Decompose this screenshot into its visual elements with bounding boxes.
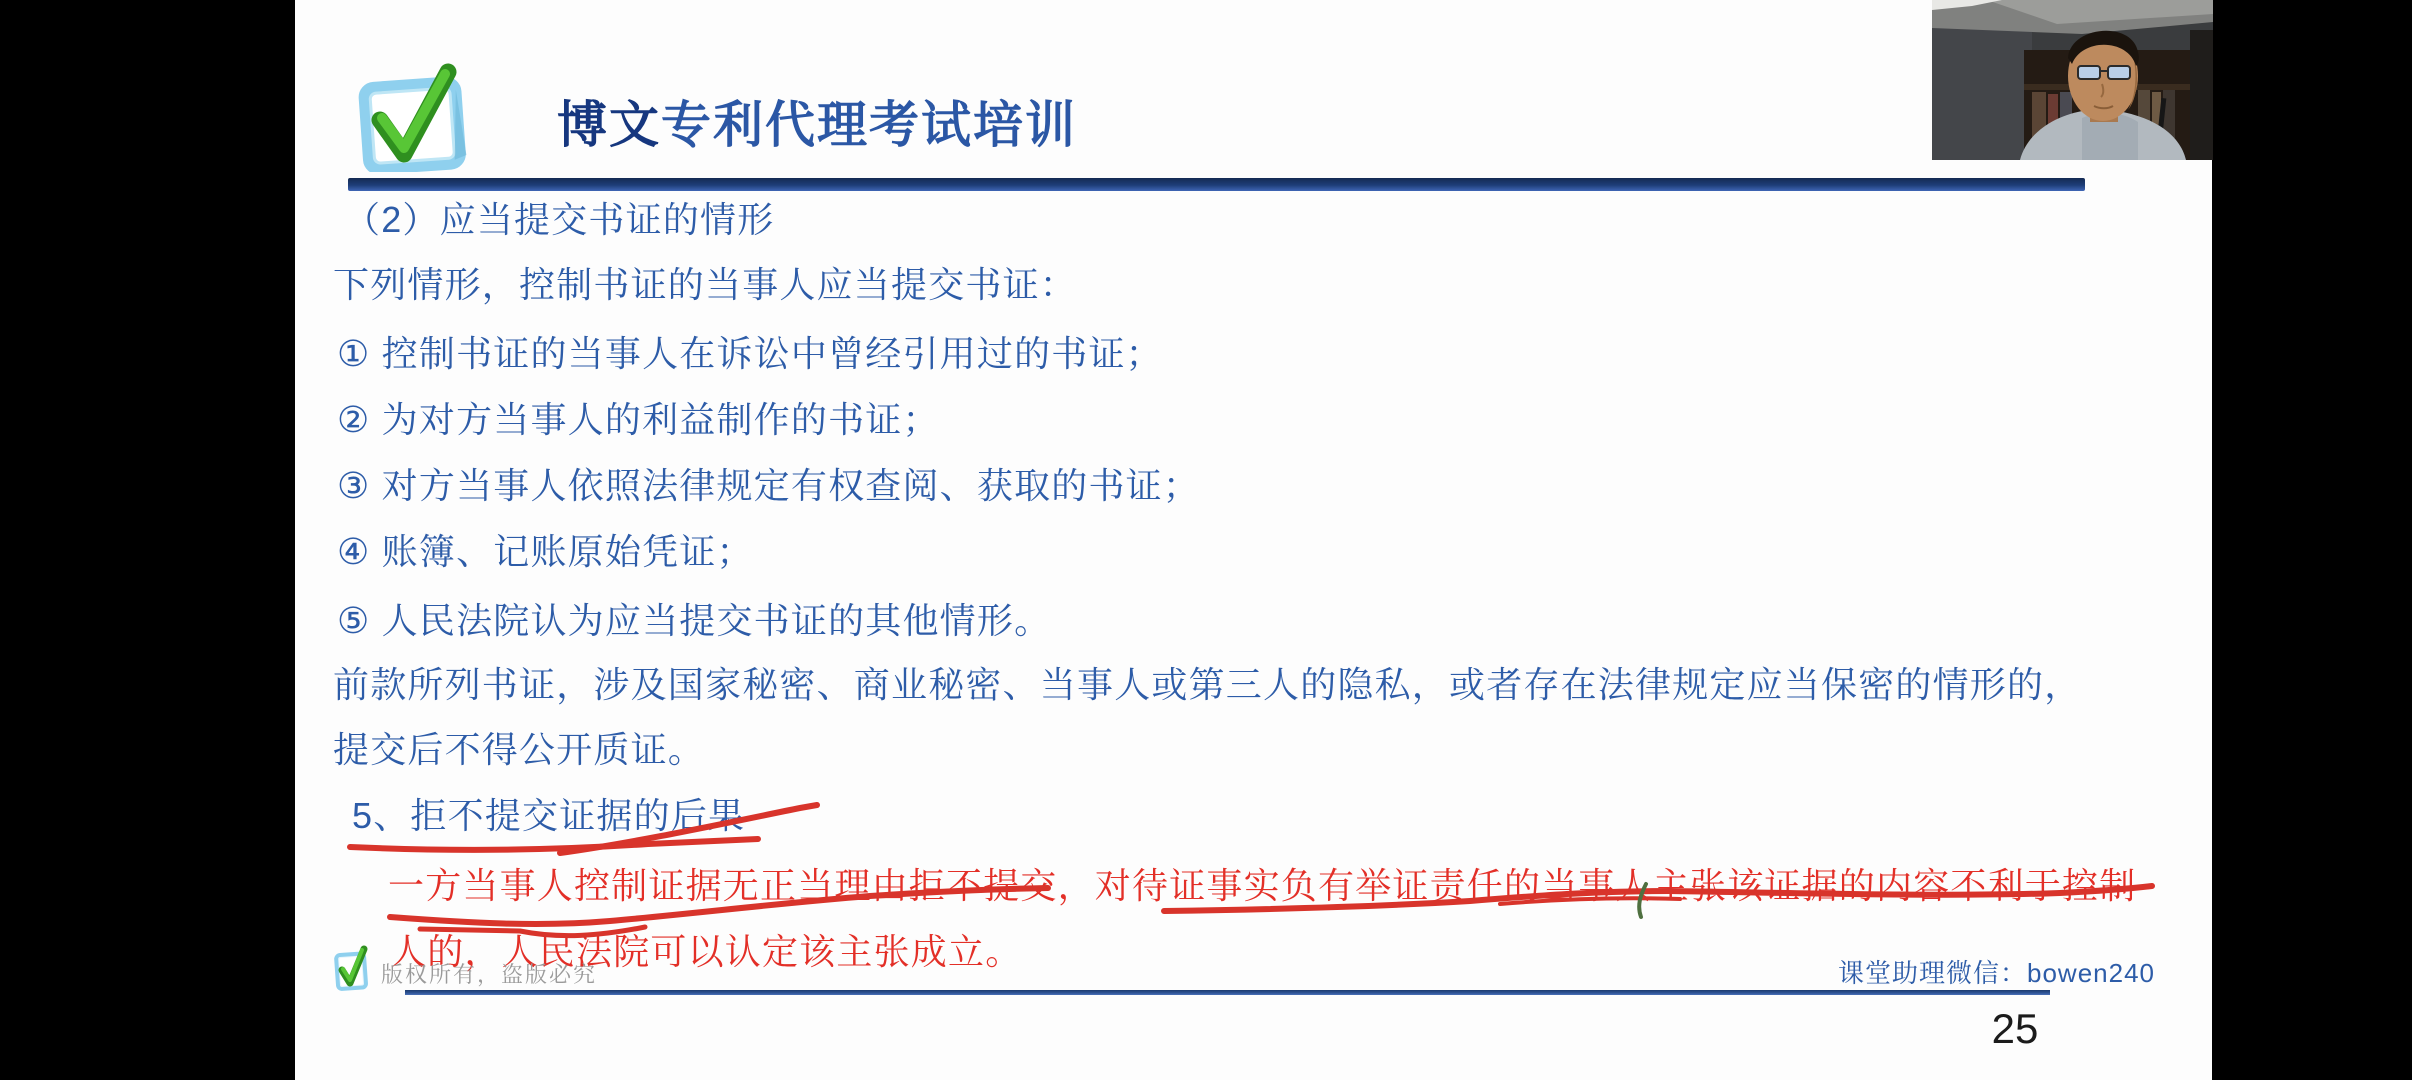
letterbox-left — [0, 0, 295, 1080]
header-divider-rule — [348, 178, 2085, 191]
letterbox-right — [2212, 0, 2412, 1080]
brand-title-bold: 博文 — [557, 97, 661, 153]
checkbox-checkmark-icon — [352, 62, 522, 172]
page-number: 25 — [1970, 1005, 2060, 1053]
instructor-webcam-video[interactable] — [1932, 0, 2213, 160]
red-emphasis-line: 一方当事人控制证据无正当理由拒不提交，对待证事实负有举证责任的当事人主张该证据的… — [388, 862, 2136, 910]
presentation-slide: 博文专利代理考试培训 （2）应当提交书证的情形 下列情形，控制书证的当事人应当提… — [295, 0, 2212, 1080]
slide-list-item-2: ② 为对方当事人的利益制作的书证； — [337, 396, 940, 444]
webcam-scene — [1932, 0, 2213, 160]
copyright-text: 版权所有，盗版必究 — [381, 958, 597, 989]
slide-text-line: 下列情形，控制书证的当事人应当提交书证： — [333, 261, 1077, 309]
assistant-wechat-text: 课堂助理微信：bowen240 — [1838, 953, 2155, 990]
slide-heading-5: 5、拒不提交证据的后果 — [352, 792, 745, 840]
slide-text-line: 前款所列书证，涉及国家秘密、商业秘密、当事人或第三人的隐私，或者存在法律规定应当… — [333, 661, 2081, 709]
checkbox-checkmark-icon-small — [333, 944, 379, 992]
brand-title-rest: 专利代理考试培训 — [661, 97, 1077, 153]
video-frame: 博文专利代理考试培训 （2）应当提交书证的情形 下列情形，控制书证的当事人应当提… — [0, 0, 2412, 1080]
footer-divider-rule — [405, 990, 2050, 995]
slide-list-item-5: ⑤ 人民法院认为应当提交书证的其他情形。 — [337, 597, 1051, 645]
slide-heading-2: （2）应当提交书证的情形 — [344, 196, 774, 244]
brand-title: 博文专利代理考试培训 — [557, 94, 1077, 156]
slide-list-item-1: ① 控制书证的当事人在诉讼中曾经引用过的书证； — [337, 330, 1163, 378]
slide-list-item-3: ③ 对方当事人依照法律规定有权查阅、获取的书证； — [337, 462, 1200, 510]
slide-text-line: 提交后不得公开质证。 — [333, 726, 705, 774]
slide-list-item-4: ④ 账簿、记账原始凭证； — [337, 528, 754, 576]
